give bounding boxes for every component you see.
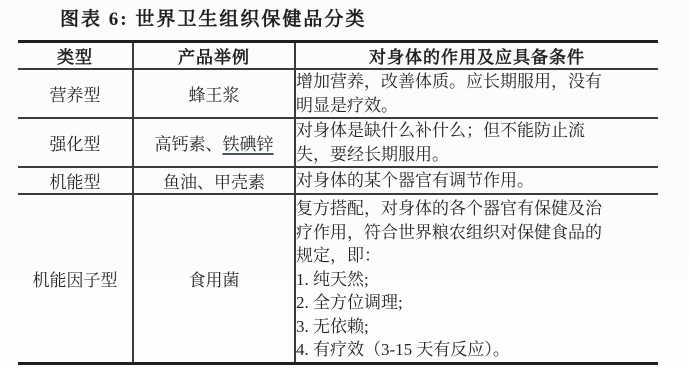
type-cell: 营养型 bbox=[18, 69, 133, 118]
figure-table-title: 图表 6: 世界卫生组织保健品分类 bbox=[60, 7, 689, 33]
table-row-functional: 机能型 鱼油、甲壳素 对身体的某个器官有调节作用。 bbox=[18, 167, 658, 194]
examples-cell: 高钙素、铁碘锌 bbox=[133, 118, 295, 167]
examples-underlined-text: 铁碘锌 bbox=[223, 135, 274, 154]
effect-cell: 复方搭配，对身体的各个器官有保健及治疗作用，符合世界粮农组织对保健食品的规定，即… bbox=[295, 194, 658, 363]
column-header-effect: 对身体的作用及应具备条件 bbox=[295, 42, 658, 70]
effect-cell: 对身体的某个器官有调节作用。 bbox=[295, 167, 658, 194]
effect-text: 对身体是缺什么补什么；但不能防止流失，要经长期服用。 bbox=[296, 119, 608, 166]
examples-text: 高钙素、 bbox=[155, 135, 223, 154]
effect-cell: 增加营养，改善体质。应长期服用，没有明显是疗效。 bbox=[295, 69, 658, 118]
effect-text: 对身体的某个器官有调节作用。 bbox=[296, 169, 608, 193]
column-header-examples: 产品举例 bbox=[133, 42, 295, 70]
effect-text: 增加营养，改善体质。应长期服用，没有明显是疗效。 bbox=[296, 70, 608, 117]
type-cell: 机能因子型 bbox=[18, 194, 133, 363]
effect-text: 复方搭配，对身体的各个器官有保健及治疗作用，符合世界粮农组织对保健食品的规定，即… bbox=[296, 195, 608, 362]
type-cell: 强化型 bbox=[18, 118, 133, 167]
table-row-nutrition: 营养型 蜂王浆 增加营养，改善体质。应长期服用，没有明显是疗效。 bbox=[18, 69, 658, 118]
examples-cell: 蜂王浆 bbox=[133, 69, 295, 118]
column-header-type: 类型 bbox=[18, 42, 133, 70]
table-row-functional-factor: 机能因子型 食用菌 复方搭配，对身体的各个器官有保健及治疗作用，符合世界粮农组织… bbox=[18, 194, 658, 363]
effect-cell: 对身体是缺什么补什么；但不能防止流失，要经长期服用。 bbox=[295, 118, 658, 167]
scanned-document-page: 图表 6: 世界卫生组织保健品分类 类型 产品举例 对身体的作用及应具备条件 营… bbox=[0, 7, 689, 370]
examples-cell: 鱼油、甲壳素 bbox=[133, 167, 295, 194]
table-header-row: 类型 产品举例 对身体的作用及应具备条件 bbox=[18, 42, 658, 70]
examples-cell: 食用菌 bbox=[133, 194, 295, 363]
table-row-fortified: 强化型 高钙素、铁碘锌 对身体是缺什么补什么；但不能防止流失，要经长期服用。 bbox=[18, 118, 658, 167]
type-cell: 机能型 bbox=[18, 167, 133, 194]
health-product-classification-table: 类型 产品举例 对身体的作用及应具备条件 营养型 蜂王浆 增加营养，改善体质。应… bbox=[18, 40, 658, 365]
